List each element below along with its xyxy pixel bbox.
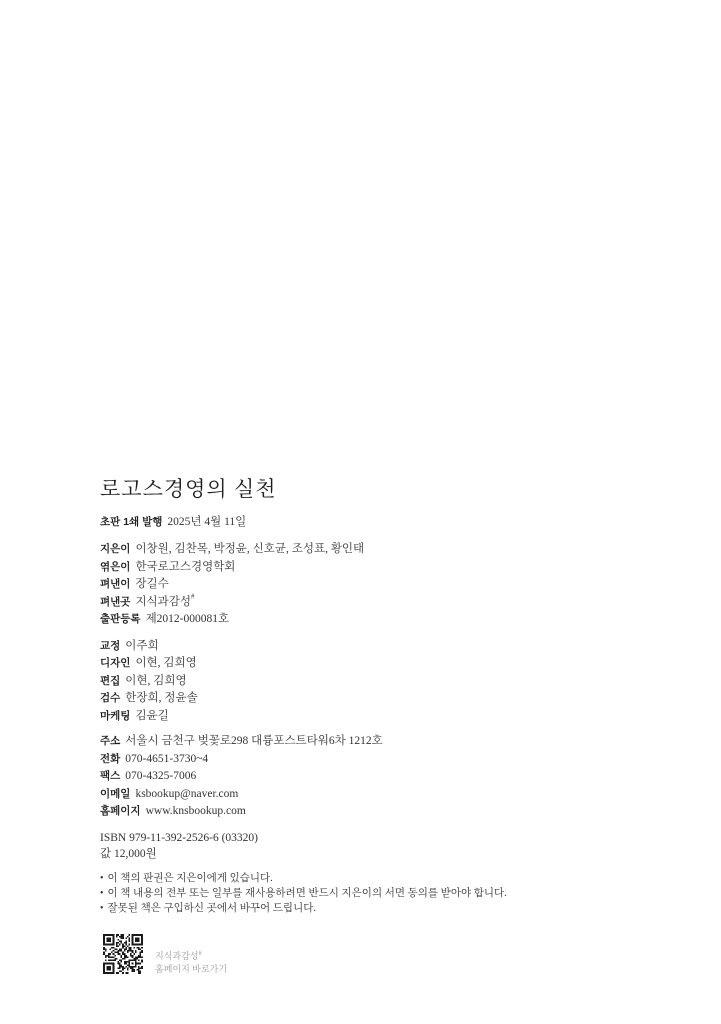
publication-block: 지은이이창원, 김찬목, 박정윤, 신호균, 조성표, 황인태 엮은이한국로고스… (100, 540, 660, 628)
contact-row: 팩스070-4325-7006 (100, 767, 660, 785)
staff-block: 교정이주희 디자인이현, 김희영 편집이현, 김희영 검수한장희, 정윤솔 마케… (100, 637, 660, 725)
row-value: 이주희 (125, 640, 158, 652)
row-label: 펴낸이 (100, 578, 130, 590)
contact-row: 이메일ksbookup@naver.com (100, 785, 660, 803)
row-value: 이현, 김희영 (135, 657, 196, 669)
notice-text: 잘못된 책은 구입하신 곳에서 바꾸어 드립니다. (108, 903, 316, 914)
row-value: 제2012-000081호 (146, 613, 230, 625)
qr-code (100, 931, 146, 977)
row-value: 070-4325-7006 (125, 770, 196, 782)
staff-row: 편집이현, 김희영 (100, 672, 660, 690)
bullet-marker: • (100, 873, 104, 884)
row-label: 홈페이지 (100, 805, 141, 817)
bullet-marker: • (100, 888, 104, 899)
colophon-content: 로고스경영의 실천 초판 1쇄 발행2025년 4월 11일 지은이이창원, 김… (100, 477, 660, 977)
row-label: 펴낸곳 (100, 596, 130, 608)
contact-row: 주소서울시 금천구 벚꽃로298 대륭포스트타워6차 1212호 (100, 732, 660, 750)
qr-caption-link-text: 홈페이지 바로가기 (155, 963, 227, 976)
row-value: ksbookup@naver.com (135, 788, 238, 800)
notice-item: •이 책의 판권은 지은이에게 있습니다. (100, 871, 660, 886)
row-label: 교정 (100, 640, 120, 652)
publication-row: 지은이이창원, 김찬목, 박정윤, 신호균, 조성표, 황인태 (100, 540, 660, 558)
edition-line: 초판 1쇄 발행2025년 4월 11일 (100, 515, 660, 529)
row-label: 엮은이 (100, 561, 130, 573)
row-label: 팩스 (100, 770, 120, 782)
publication-row: 엮은이한국로고스경영학회 (100, 558, 660, 576)
publisher-sharp-mark: # (191, 592, 195, 600)
row-label: 출판등록 (100, 613, 141, 625)
contact-row: 전화070-4651-3730~4 (100, 750, 660, 768)
staff-row: 교정이주희 (100, 637, 660, 655)
row-label: 검수 (100, 692, 120, 704)
row-label: 디자인 (100, 657, 130, 669)
row-label: 주소 (100, 735, 120, 747)
publisher-sharp-mark: # (198, 951, 201, 957)
contact-row: 홈페이지www.knsbookup.com (100, 802, 660, 820)
row-label: 전화 (100, 753, 120, 765)
row-value: 김윤길 (135, 710, 168, 722)
row-label: 편집 (100, 675, 120, 687)
edition-label: 초판 1쇄 발행 (100, 516, 162, 528)
row-value: 이현, 김희영 (125, 675, 186, 687)
row-value: 한국로고스경영학회 (135, 561, 235, 573)
notices-block: •이 책의 판권은 지은이에게 있습니다. •이 책 내용의 전부 또는 일부를… (100, 871, 660, 916)
staff-row: 마케팅김윤길 (100, 707, 660, 725)
row-value: 070-4651-3730~4 (125, 753, 208, 765)
row-value: 서울시 금천구 벚꽃로298 대륭포스트타워6차 1212호 (125, 735, 382, 747)
qr-caption: 지식과감성# 홈페이지 바로가기 (155, 948, 227, 977)
qr-section: 지식과감성# 홈페이지 바로가기 (100, 931, 660, 977)
notice-text: 이 책의 판권은 지은이에게 있습니다. (108, 873, 273, 884)
price-line: 값 12,000원 (100, 846, 660, 862)
row-value: 이창원, 김찬목, 박정윤, 신호균, 조성표, 황인태 (135, 543, 364, 555)
publication-row: 펴낸이장길수 (100, 575, 660, 593)
row-value: 한장희, 정윤솔 (125, 692, 197, 704)
publication-row: 출판등록제2012-000081호 (100, 610, 660, 628)
isbn-line: ISBN 979-11-392-2526-6 (03320) (100, 830, 660, 846)
notice-item: •잘못된 책은 구입하신 곳에서 바꾸어 드립니다. (100, 901, 660, 916)
bullet-marker: • (100, 903, 104, 914)
row-label: 이메일 (100, 788, 130, 800)
contact-block: 주소서울시 금천구 벚꽃로298 대륭포스트타워6차 1212호 전화070-4… (100, 732, 660, 820)
notice-item: •이 책 내용의 전부 또는 일부를 재사용하려면 반드시 지은이의 서면 동의… (100, 886, 660, 901)
book-title: 로고스경영의 실천 (100, 477, 660, 502)
edition-date: 2025년 4월 11일 (167, 516, 246, 528)
isbn-block: ISBN 979-11-392-2526-6 (03320) 값 12,000원 (100, 830, 660, 862)
row-value: www.knsbookup.com (146, 805, 246, 817)
row-label: 마케팅 (100, 710, 130, 722)
row-label: 지은이 (100, 543, 130, 555)
row-value: 장길수 (135, 578, 168, 590)
colophon-page: 로고스경영의 실천 초판 1쇄 발행2025년 4월 11일 지은이이창원, 김… (0, 0, 721, 1024)
row-value: 지식과감성 (135, 596, 191, 608)
publication-row: 펴낸곳지식과감성# (100, 593, 660, 611)
notice-text: 이 책 내용의 전부 또는 일부를 재사용하려면 반드시 지은이의 서면 동의를… (108, 888, 507, 899)
qr-caption-publisher: 지식과감성# (155, 948, 227, 963)
staff-row: 디자인이현, 김희영 (100, 654, 660, 672)
staff-row: 검수한장희, 정윤솔 (100, 689, 660, 707)
